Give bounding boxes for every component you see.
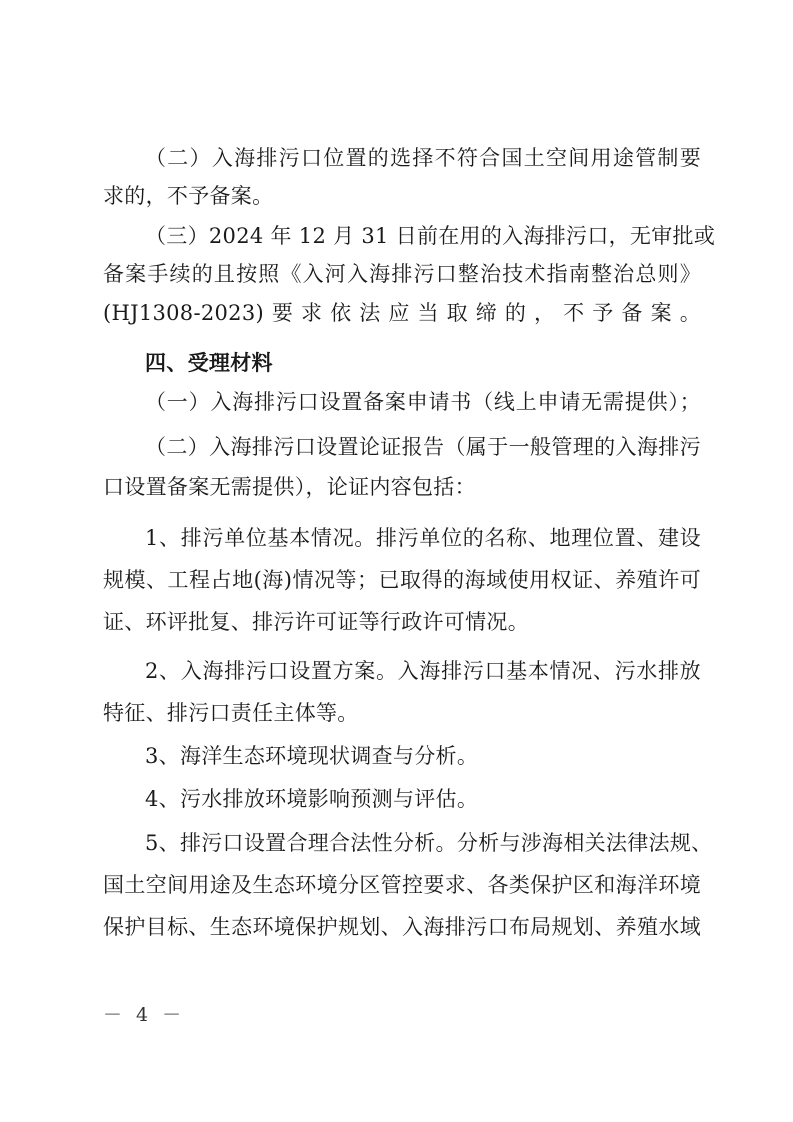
- text-line: （二）入海排污口设置论证报告（属于一般管理的入海排污: [145, 433, 701, 461]
- text-line: 1、排污单位基本情况。排污单位的名称、地理位置、建设: [145, 524, 701, 552]
- text-line: 保护目标、生态环境保护规划、入海排污口布局规划、养殖水域: [103, 913, 701, 941]
- text-line: （三）2024 年 12 月 31 日前在用的入海排污口，无审批或: [145, 222, 701, 250]
- text-line: 2、入海排污口设置方案。入海排污口基本情况、污水排放: [145, 657, 701, 685]
- text-line: 特征、排污口责任主体等。: [103, 699, 701, 727]
- text-line: （一）入海排污口设置备案申请书（线上申请无需提供）；: [145, 388, 701, 416]
- page-number: － 4 －: [103, 1000, 185, 1027]
- text-line: 备案手续的且按照《入河入海排污口整治技术指南整治总则》: [103, 260, 701, 288]
- text-line: 5、排污口设置合理合法性分析。分析与涉海相关法律法规、: [145, 829, 701, 857]
- document-page: （二）入海排污口位置的选择不符合国土空间用途管制要 求的，不予备案。 （三）20…: [0, 0, 793, 1122]
- text-line: （二）入海排污口位置的选择不符合国土空间用途管制要: [145, 144, 701, 172]
- text-line: 4、污水排放环境影响预测与评估。: [145, 785, 701, 813]
- text-line: 国土空间用途及生态环境分区管控要求、各类保护区和海洋环境: [103, 871, 701, 899]
- text-line: 求的，不予备案。: [103, 182, 701, 210]
- text-line: (HJ1308-2023)要求依法应当取缔的，不予备案。: [103, 299, 701, 327]
- text-line: 证、环评批复、排污许可证等行政许可情况。: [103, 608, 701, 636]
- section-heading: 四、受理材料: [145, 349, 701, 377]
- text-line: 3、海洋生态环境现状调查与分析。: [145, 742, 701, 770]
- text-line: 口设置备案无需提供），论证内容包括：: [103, 473, 701, 501]
- text-line: 规模、工程占地(海)情况等；已取得的海域使用权证、养殖许可: [103, 566, 701, 594]
